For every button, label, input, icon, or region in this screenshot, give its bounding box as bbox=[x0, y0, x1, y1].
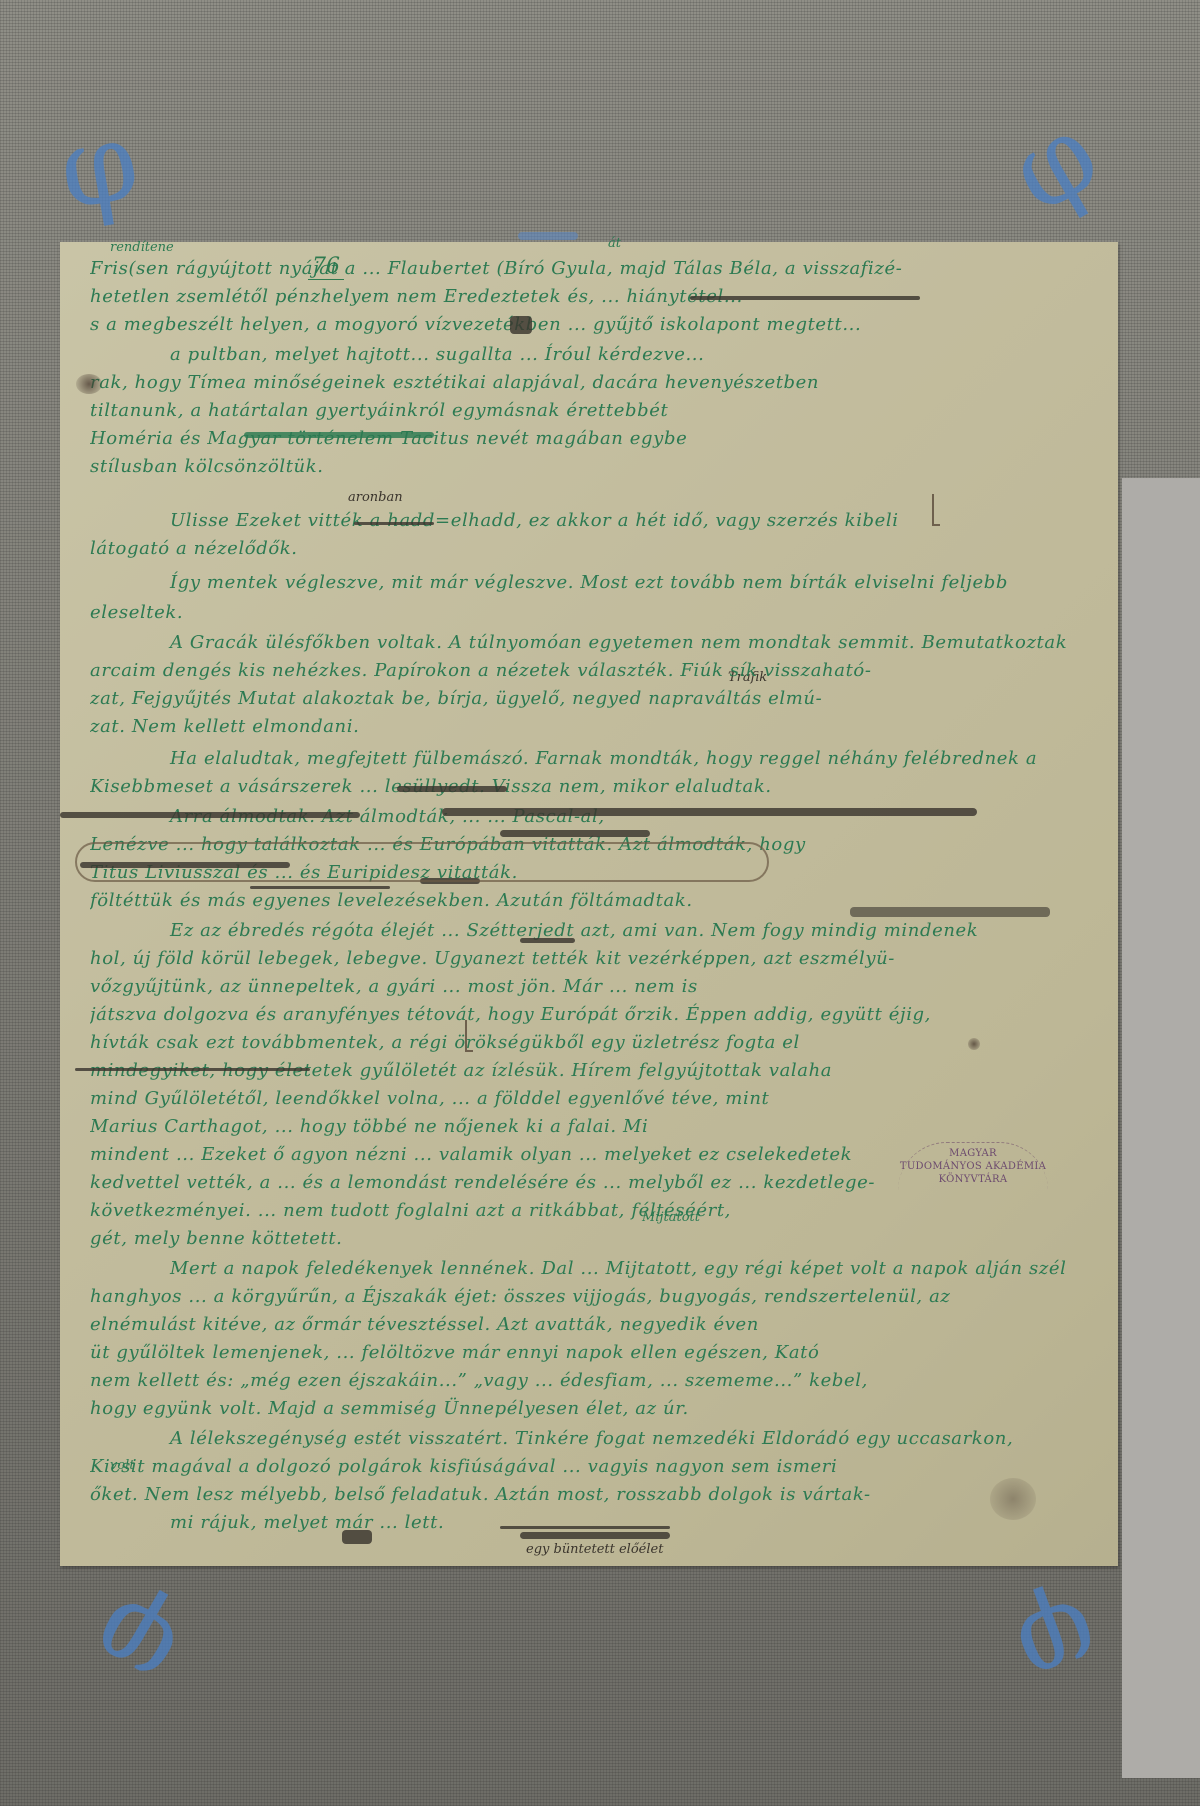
strike-through bbox=[520, 1532, 670, 1539]
strike-through bbox=[690, 296, 920, 300]
strike-through bbox=[60, 812, 360, 818]
strike-through bbox=[850, 907, 1050, 917]
manuscript-line: Kisebbmeset a vásárszerek ... lesüllyedt… bbox=[90, 770, 1088, 804]
manuscript-line: Így mentek végleszve, mit már végleszve.… bbox=[90, 566, 1088, 600]
strike-through bbox=[354, 522, 434, 525]
strike-through bbox=[244, 432, 434, 438]
strike-through bbox=[250, 886, 390, 889]
strike-through bbox=[75, 1068, 310, 1071]
ink-stain bbox=[990, 1478, 1036, 1520]
backing-card bbox=[1122, 478, 1200, 1778]
manuscript-line: zat. Nem kellett elmondani. bbox=[90, 710, 1088, 744]
strike-through bbox=[520, 938, 575, 943]
manuscript-line: látogató a nézelődők. bbox=[90, 532, 1088, 566]
scribble-mark bbox=[510, 316, 532, 334]
stamp-line: TUDOMÁNYOS AKADÉMIA bbox=[898, 1160, 1048, 1173]
strike-through bbox=[397, 786, 507, 792]
ink-stain bbox=[968, 1038, 980, 1050]
pencil-bracket bbox=[465, 1020, 473, 1052]
manuscript-sheet: 76 rendítene át aronban Trafik Mijtatott… bbox=[60, 242, 1118, 1566]
corner-mark-top-left: φ bbox=[51, 104, 146, 226]
scribble-mark bbox=[342, 1530, 372, 1544]
manuscript-line: hogy együnk volt. Majd a semmiség Ünnepé… bbox=[90, 1392, 1088, 1426]
library-stamp: MAGYAR TUDOMÁNYOS AKADÉMIA KÖNYVTÁRA bbox=[898, 1142, 1048, 1207]
interlinear-note: egy büntetett előélet bbox=[526, 1542, 663, 1557]
pencil-bracket bbox=[932, 494, 940, 526]
manuscript-line: eleseltek. bbox=[90, 596, 1088, 630]
corner-mark-bottom-left: φ bbox=[73, 1578, 195, 1712]
stamp-line: MAGYAR bbox=[898, 1147, 1048, 1160]
strike-through bbox=[442, 808, 977, 816]
corner-mark-bottom-right: φ bbox=[1004, 1580, 1114, 1710]
stamp-line: KÖNYVTÁRA bbox=[898, 1173, 1048, 1186]
interlinear-note: aronban bbox=[348, 490, 403, 505]
corner-mark-top-right: φ bbox=[993, 96, 1115, 230]
manuscript-line: stílusban kölcsönzöltük. bbox=[90, 450, 1088, 484]
ink-stain bbox=[76, 374, 102, 394]
interlinear-note: át bbox=[608, 236, 621, 251]
tape-mark-top bbox=[518, 232, 578, 240]
pencil-loop bbox=[75, 842, 769, 882]
strike-through bbox=[500, 1526, 670, 1529]
strike-through bbox=[500, 830, 650, 837]
manuscript-line: gét, mely benne köttetett. bbox=[90, 1222, 1088, 1256]
manuscript-line: s a megbeszélt helyen, a mogyoró vízveze… bbox=[90, 308, 1088, 342]
